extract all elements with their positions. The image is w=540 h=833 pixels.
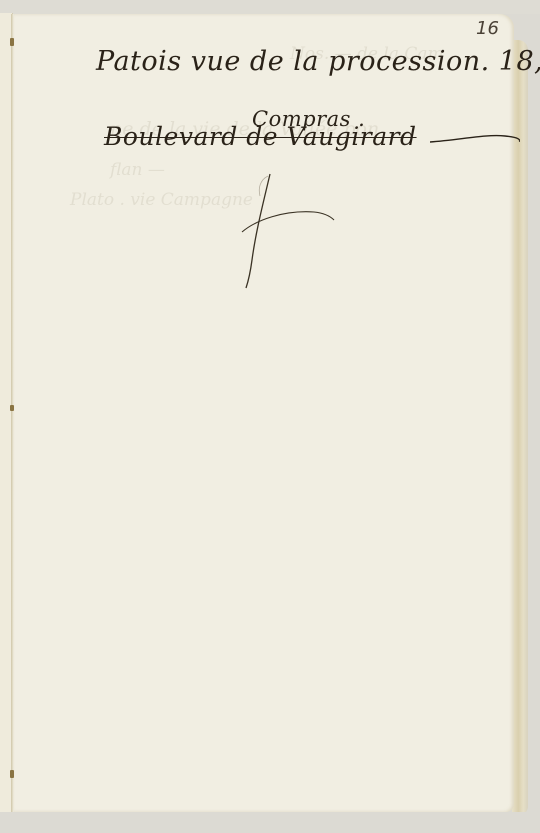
bleed-through-text: Plato . vie Campagne: [70, 190, 253, 210]
pen-stroke-mark: [234, 170, 344, 295]
strike-tail-flourish: [430, 126, 520, 156]
scan-background-bottom: [0, 812, 540, 833]
bleed-through-text: flan —: [110, 160, 165, 180]
page-stack-edge: [512, 40, 528, 816]
scanned-notebook: Nos. — de la Cam ne de la vie de la Vall…: [0, 0, 540, 833]
handwritten-line-1: Patois vue de la procession. 18,: [96, 46, 540, 77]
handwritten-line-struck: Boulevard de Vaugirard: [104, 122, 417, 151]
page-number: 16: [476, 18, 499, 39]
scan-background-top: [0, 0, 540, 14]
